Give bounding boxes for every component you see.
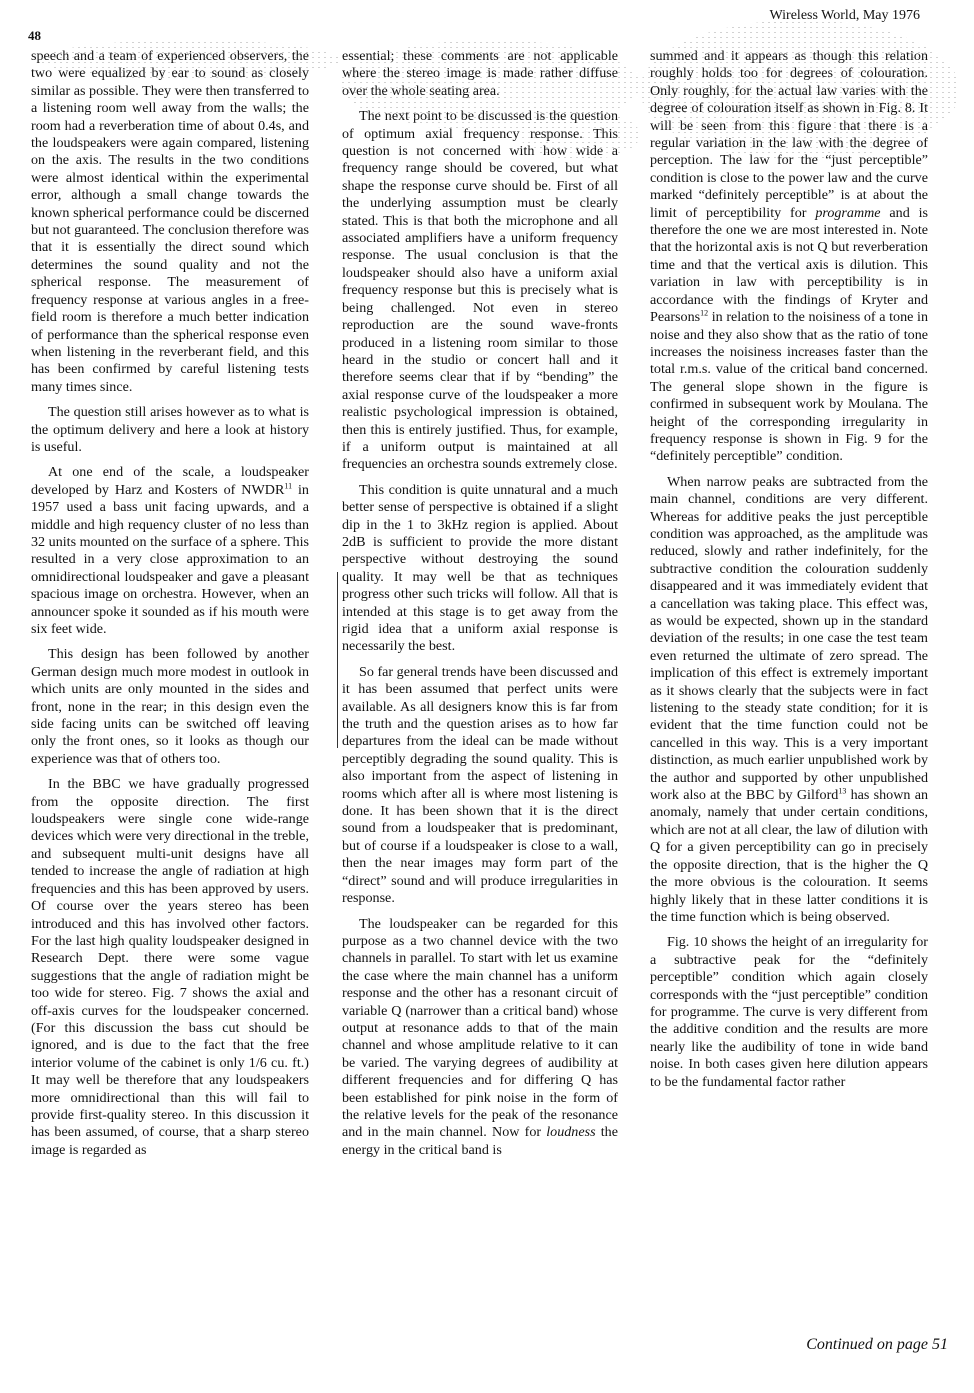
paragraph: When narrow peaks are subtracted from th… bbox=[650, 474, 928, 927]
paragraph: So far general trends have been discusse… bbox=[342, 664, 618, 908]
paragraph: summed and it appears as though this rel… bbox=[650, 48, 928, 466]
paragraph-text: and is therefore the one we are most int… bbox=[650, 205, 928, 325]
paragraph-text: When narrow peaks are subtracted from th… bbox=[650, 474, 928, 803]
running-head: Wireless World, May 1976 bbox=[770, 8, 920, 24]
paragraph: In the BBC we have gradually progressed … bbox=[31, 776, 309, 1159]
paragraph: At one end of the scale, a loudspeaker d… bbox=[31, 464, 309, 638]
paragraph-text: summed and it appears as though this rel… bbox=[650, 48, 928, 221]
paragraph: Fig. 10 shows the height of an irregular… bbox=[650, 934, 928, 1091]
paragraph-text: in relation to the noisiness of a tone i… bbox=[650, 309, 928, 464]
paragraph-text: has shown an anomaly, namely that under … bbox=[650, 787, 928, 925]
paragraph: speech and a team of experienced observe… bbox=[31, 48, 309, 396]
reference-superscript: 11 bbox=[284, 481, 292, 490]
paragraph: The question still arises however as to … bbox=[31, 404, 309, 456]
article-column-1: speech and a team of experienced observe… bbox=[31, 48, 309, 1167]
margin-rule bbox=[337, 572, 338, 748]
paragraph-text: in 1957 used a bass unit facing upwards,… bbox=[31, 482, 309, 637]
article-column-3: summed and it appears as though this rel… bbox=[650, 48, 928, 1099]
paragraph: This design has been followed by another… bbox=[31, 646, 309, 768]
continued-note: Continued on page 51 bbox=[806, 1336, 948, 1354]
paragraph-text: The loudspeaker can be regarded for this… bbox=[342, 916, 618, 1141]
paragraph: essential; these comments are not applic… bbox=[342, 48, 618, 100]
page-number: 48 bbox=[28, 28, 41, 44]
italic-term: loudness bbox=[546, 1124, 595, 1140]
paragraph-text: At one end of the scale, a loudspeaker d… bbox=[31, 464, 309, 497]
article-column-2: essential; these comments are not applic… bbox=[342, 48, 618, 1167]
italic-term: programme bbox=[815, 205, 880, 221]
paragraph: The next point to be discussed is the qu… bbox=[342, 108, 618, 474]
reference-superscript: 12 bbox=[700, 308, 708, 317]
paragraph: This condition is quite unnatural and a … bbox=[342, 482, 618, 656]
paragraph: The loudspeaker can be regarded for this… bbox=[342, 916, 618, 1160]
